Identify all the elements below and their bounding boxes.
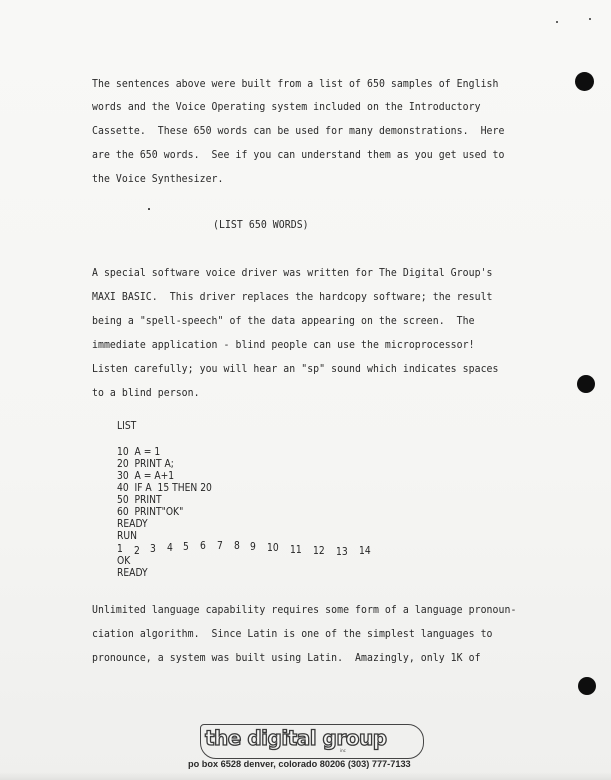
output-number: 3 (150, 543, 156, 555)
speck-mark (589, 18, 591, 20)
output-number: 5 (183, 541, 189, 553)
binder-hole-bottom (578, 677, 596, 695)
output-number: 13 (336, 546, 348, 558)
code-status: READY (117, 567, 148, 579)
binder-hole-middle (577, 375, 595, 393)
speck-mark (556, 21, 558, 23)
output-number: 6 (200, 540, 206, 552)
code-line: 30 A = A+1 (117, 470, 174, 482)
output-number: 1 (117, 543, 123, 555)
code-line: 10 A = 1 (117, 446, 160, 458)
text-line: Listen carefully; you will hear an "sp" … (92, 362, 499, 376)
text-line: ciation algorithm. Since Latin is one of… (92, 627, 493, 641)
document-page: The sentences above were built from a li… (0, 0, 611, 780)
code-command: LIST (117, 420, 136, 432)
text-line: The sentences above were built from a li… (92, 77, 499, 91)
text-line: are the 650 words. See if you can unders… (92, 148, 504, 162)
text-line: words and the Voice Operating system inc… (92, 100, 481, 114)
text-line: pronounce, a system was built using Lati… (92, 651, 481, 665)
text-line: Unlimited language capability requires s… (92, 603, 516, 617)
output-number: 4 (167, 542, 173, 554)
text-line: to a blind person. (92, 386, 200, 400)
output-number: 12 (313, 545, 325, 557)
output-number: 9 (250, 541, 256, 553)
code-line: 60 PRINT"OK" (117, 506, 183, 518)
company-address: po box 6528 denver, colorado 80206 (303)… (188, 758, 411, 769)
binder-hole-top (575, 72, 594, 91)
text-line: A special software voice driver was writ… (92, 266, 493, 280)
company-logo: the digital group (205, 726, 387, 750)
code-output: OK (117, 555, 130, 567)
speck-mark (148, 208, 150, 210)
code-status: READY (117, 518, 148, 530)
output-number: 2 (134, 545, 140, 557)
code-command: RUN (117, 530, 137, 542)
output-number: 11 (290, 544, 302, 556)
text-line: the Voice Synthesizer. (92, 172, 224, 186)
text-line: being a "spell-speech" of the data appea… (92, 314, 475, 328)
output-number: 8 (234, 540, 240, 552)
logo-suffix: inc (340, 748, 346, 753)
text-line: immediate application - blind people can… (92, 338, 475, 352)
code-line: 20 PRINT A; (117, 458, 174, 470)
output-number: 10 (267, 542, 279, 554)
output-number: 14 (359, 545, 371, 557)
output-number: 7 (217, 540, 223, 552)
code-line: 40 IF A 15 THEN 20 (117, 482, 212, 494)
text-line: MAXI BASIC. This driver replaces the har… (92, 290, 493, 304)
code-line: 50 PRINT (117, 494, 162, 506)
page-edge-shadow (0, 772, 611, 780)
text-line: Cassette. These 650 words can be used fo… (92, 124, 504, 138)
list-label: (LIST 650 WORDS) (213, 218, 309, 232)
